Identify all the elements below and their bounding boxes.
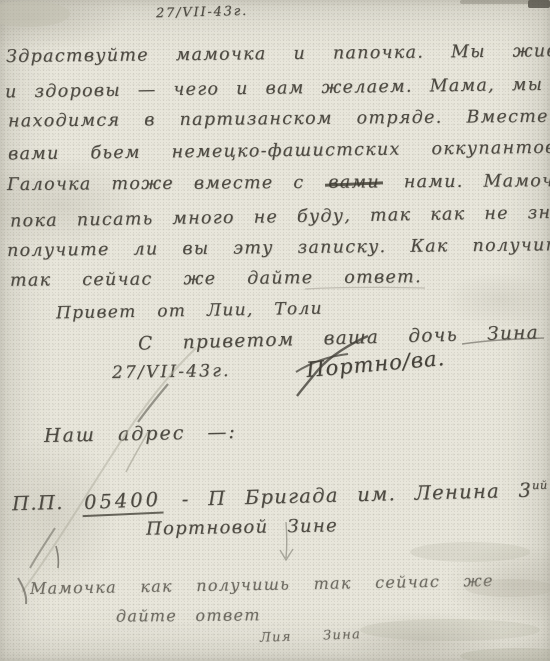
paper-crease bbox=[22, 348, 196, 592]
body-line: и здоровы — чего и вам желаем. Мама, мы … bbox=[5, 74, 550, 103]
field-post-suffix: - П bbox=[181, 487, 226, 511]
letter-date-closing: 27/VII-43г. bbox=[112, 361, 231, 383]
scanned-letter-page: 27/VII-43г. Здраствуйте мамочка и папочк… bbox=[0, 0, 550, 661]
body-line: Здраствуйте мамочка и папочка. Мы живы bbox=[6, 41, 550, 67]
unit-name: Бригада им. Ленина 3 bbox=[245, 479, 533, 510]
body-line: пока писать много не буду, так как не зн… bbox=[10, 203, 550, 232]
body-line: получите ли вы эту записку. Как получите bbox=[7, 235, 550, 261]
letter-date-top: 27/VII-43г. bbox=[156, 4, 248, 21]
unit-ordinal: ий bbox=[532, 479, 548, 492]
postscript-signature: Лия Зина bbox=[260, 627, 362, 646]
crossed-out-word: вами bbox=[328, 172, 380, 192]
signoff-line: С приветом ваша дочь Зина bbox=[138, 322, 539, 354]
address-label: Наш адрес —: bbox=[44, 421, 237, 447]
signature-text: Портно/ва. bbox=[305, 346, 446, 382]
body-line: вами бьем немецко-фашистских оккупантов. bbox=[8, 138, 550, 165]
postscript-line: Мамочка как получишь так сейчас же bbox=[30, 571, 494, 598]
body-line: так сейчас же дайте ответ. bbox=[10, 267, 422, 291]
field-post-abbr: П.П. bbox=[12, 491, 64, 515]
correction-pre-text: Галочка тоже вместе с bbox=[7, 173, 305, 195]
body-line-with-correction: Галочка тоже вместе с вами нами. Мамочка bbox=[7, 171, 550, 195]
field-post-number: 05400 bbox=[82, 488, 164, 518]
address-line: П.П. 05400 - П Бригада им. Ленина 3ий от… bbox=[12, 476, 550, 518]
regards-line: Привет от Лии, Толи bbox=[56, 299, 323, 324]
body-line: находимся в партизанском отряде. Вместе … bbox=[8, 106, 550, 131]
addressee-line: Портновой Зине bbox=[146, 515, 338, 539]
correction-post-text: нами. Мамочка bbox=[404, 171, 550, 192]
postscript-line: дайте ответ bbox=[116, 605, 261, 625]
